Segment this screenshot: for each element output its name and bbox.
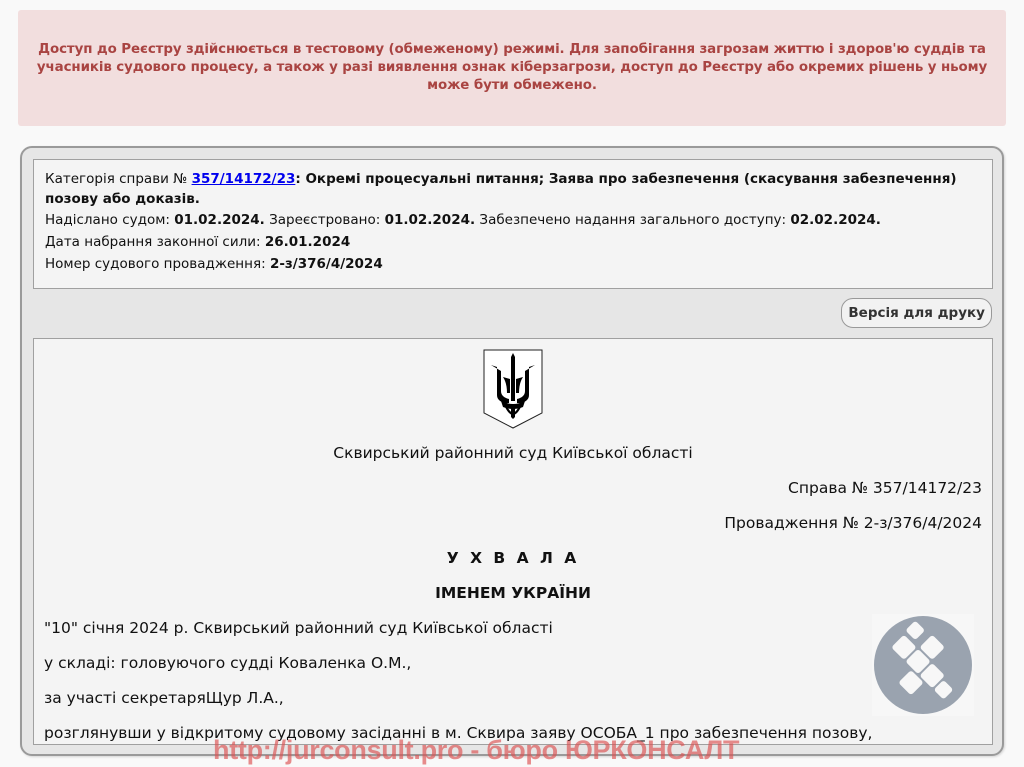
watermark-text: http://jurconsult.pro - бюро ЮРКОНСАЛТ — [213, 735, 739, 766]
case-info-panel: Категорія справи № 357/14172/23: Окремі … — [33, 159, 993, 289]
case-category: Категорія справи № 357/14172/23: Окремі … — [45, 169, 981, 209]
proceeding-number: 2-з/376/4/2024 — [270, 256, 383, 272]
alert-text: Доступ до Реєстру здійснюється в тестово… — [34, 41, 990, 95]
effective-date: 26.01.2024 — [265, 234, 350, 250]
paragraph: у складі: головуючого судді Коваленка О.… — [44, 654, 411, 672]
puzzle-widget-icon[interactable] — [872, 614, 974, 716]
paragraph: за участі секретаряЩур Л.А., — [44, 689, 284, 707]
effective-date-line: Дата набрання законної сили: 26.01.2024 — [45, 231, 981, 253]
registered-date: 01.02.2024. — [385, 212, 476, 228]
document-title: У Х В А Л А — [34, 549, 992, 567]
print-version-button[interactable]: Версія для друку — [841, 298, 992, 328]
court-name: Сквирський районний суд Київської област… — [34, 444, 992, 462]
decision-frame: Категорія справи № 357/14172/23: Окремі … — [20, 146, 1004, 756]
access-date: 02.02.2024. — [790, 212, 881, 228]
paragraph: "10" січня 2024 р. Сквирський районний с… — [44, 619, 553, 637]
proceeding-number: Провадження № 2-з/376/4/2024 — [724, 514, 982, 532]
access-warning-alert: Доступ до Реєстру здійснюється в тестово… — [18, 10, 1006, 126]
decision-document: Сквирський районний суд Київської област… — [33, 338, 993, 745]
dates-line: Надіслано судом: 01.02.2024. Зареєстрова… — [45, 209, 981, 231]
coat-of-arms-icon — [483, 349, 543, 429]
sent-date: 01.02.2024. — [174, 212, 265, 228]
case-number-link[interactable]: 357/14172/23 — [192, 171, 296, 187]
document-subtitle: ІМЕНЕМ УКРАЇНИ — [34, 584, 992, 602]
case-number: Справа № 357/14172/23 — [788, 479, 982, 497]
proceeding-line: Номер судового провадження: 2-з/376/4/20… — [45, 253, 981, 275]
